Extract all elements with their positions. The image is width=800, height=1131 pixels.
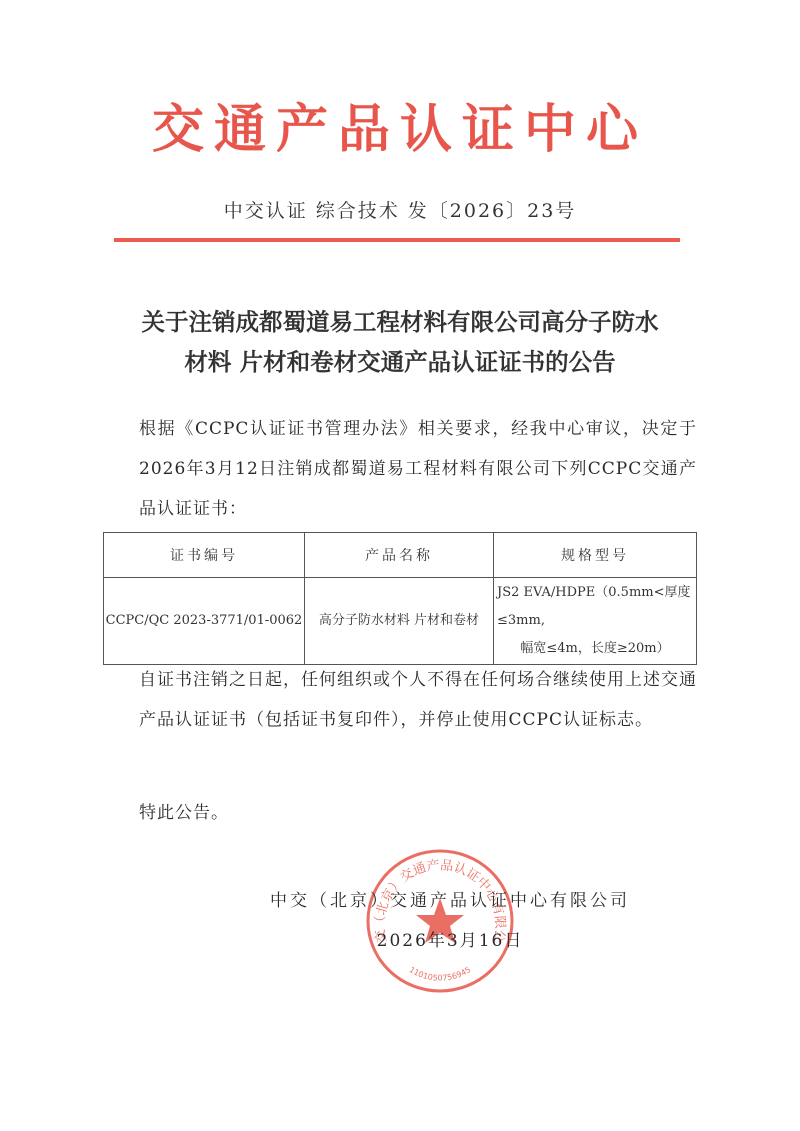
certificate-table: 证书编号 产品名称 规格型号 CCPC/QC 2023-3771/01-0062…: [103, 532, 697, 665]
column-header-product-name: 产品名称: [305, 533, 494, 578]
body-paragraph-3: 特此公告。: [103, 793, 697, 833]
table-row: CCPC/QC 2023-3771/01-0062 高分子防水材料 片材和卷材 …: [104, 578, 697, 665]
official-seal-icon: 中交（北京）交通产品认证中心有限公司 1101050756945: [355, 846, 525, 996]
cell-product-name: 高分子防水材料 片材和卷材: [305, 578, 494, 665]
cell-cert-number: CCPC/QC 2023-3771/01-0062: [104, 578, 305, 665]
body-paragraph-1: 根据《CCPC认证证书管理办法》相关要求，经我中心审议，决定于2026年3月12…: [103, 409, 697, 529]
paragraph-text: 自证书注销之日起，任何组织或个人不得在任何场合继续使用上述交通产品认证证书（包括…: [103, 660, 697, 740]
cell-spec: JS2 EVA/HDPE（0.5mm<厚度≤3mm, 幅宽≤4m，长度≥20m）: [494, 578, 697, 665]
document-number: 中交认证 综合技术 发〔2026〕23号: [0, 196, 800, 223]
announcement-title: 关于注销成都蜀道易工程材料有限公司高分子防水 材料 片材和卷材交通产品认证证书的…: [90, 302, 710, 382]
issuing-organization: 中交（北京）交通产品认证中心有限公司: [240, 886, 660, 911]
spec-line-1: JS2 EVA/HDPE（0.5mm<厚度≤3mm,: [495, 579, 695, 635]
column-header-spec: 规格型号: [494, 533, 697, 578]
paragraph-text: 根据《CCPC认证证书管理办法》相关要求，经我中心审议，决定于2026年3月12…: [103, 409, 697, 529]
masthead-title: 交通产品认证中心: [0, 98, 800, 162]
title-line-2: 材料 片材和卷材交通产品认证证书的公告: [90, 342, 710, 382]
issue-date: 2026年3月16日: [360, 926, 540, 951]
svg-text:1101050756945: 1101050756945: [408, 965, 473, 983]
header-divider: [114, 238, 680, 242]
table-header-row: 证书编号 产品名称 规格型号: [104, 533, 697, 578]
paragraph-text: 特此公告。: [103, 793, 697, 833]
body-paragraph-2: 自证书注销之日起，任何组织或个人不得在任何场合继续使用上述交通产品认证证书（包括…: [103, 660, 697, 740]
spec-line-2: 幅宽≤4m，长度≥20m）: [495, 635, 695, 663]
title-line-1: 关于注销成都蜀道易工程材料有限公司高分子防水: [90, 302, 710, 342]
column-header-cert-number: 证书编号: [104, 533, 305, 578]
document-page: 交通产品认证中心 中交认证 综合技术 发〔2026〕23号 关于注销成都蜀道易工…: [0, 0, 800, 1131]
